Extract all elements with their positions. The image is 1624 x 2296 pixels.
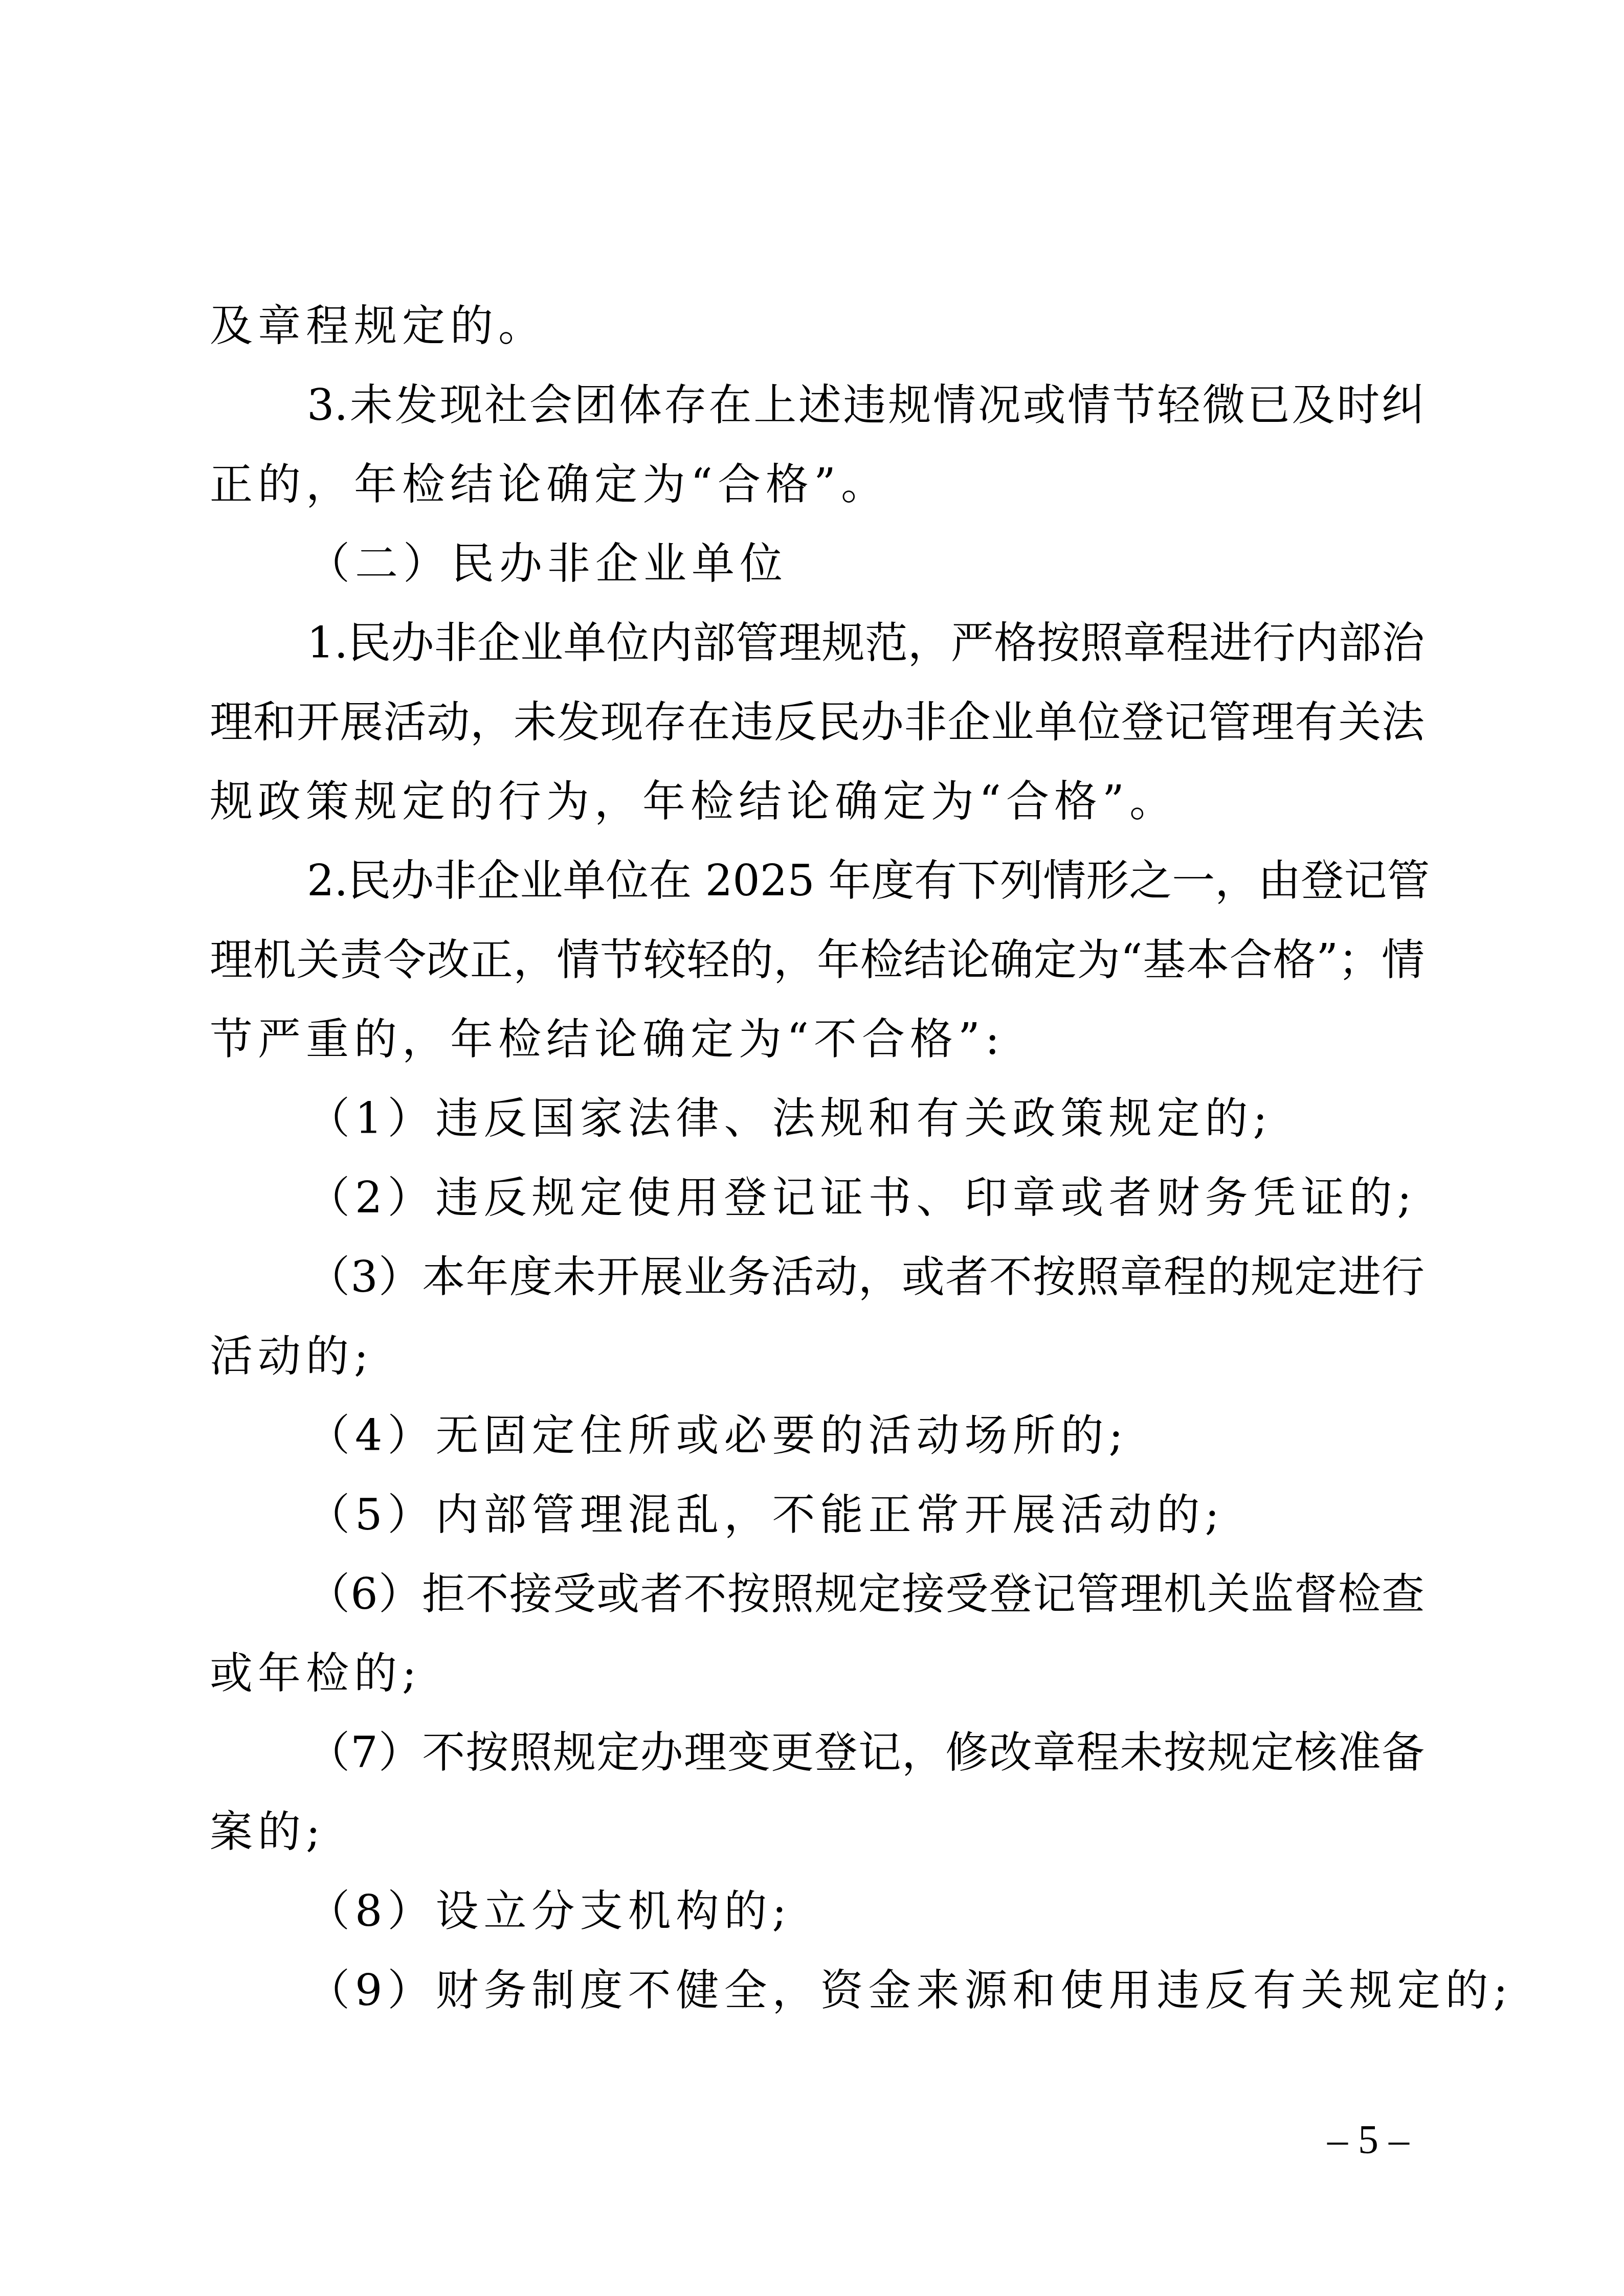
list-item: （2）违反规定使用登记证书、印章或者财务凭证的;	[210, 1158, 1425, 1237]
section-heading: （二）民办非企业单位	[210, 524, 1425, 603]
text-line: 规政策规定的行为，年检结论确定为“合格”。	[210, 762, 1425, 841]
document-body: 及章程规定的。 3.未发现社会团体存在上述违规情况或情节轻微已及时纠 正的，年检…	[210, 286, 1425, 2030]
text-line: 理和开展活动，未发现存在违反民办非企业单位登记管理有关法	[210, 683, 1425, 762]
list-item: （6）拒不接受或者不按照规定接受登记管理机关监督检查	[210, 1555, 1425, 1634]
list-item: （8）设立分支机构的;	[210, 1872, 1425, 1951]
list-item: （3）本年度未开展业务活动，或者不按照章程的规定进行	[210, 1237, 1425, 1317]
list-item-continuation: 或年检的;	[210, 1634, 1425, 1713]
text-line: 3.未发现社会团体存在上述违规情况或情节轻微已及时纠	[210, 366, 1425, 445]
text-line: 理机关责令改正，情节较轻的，年检结论确定为“基本合格”；情	[210, 920, 1425, 1000]
list-item-continuation: 案的;	[210, 1792, 1425, 1872]
text-line: 及章程规定的。	[210, 286, 1425, 366]
list-item: （9）财务制度不健全，资金来源和使用违反有关规定的;	[210, 1951, 1425, 2030]
list-item-continuation: 活动的;	[210, 1317, 1425, 1396]
page-number: – 5 –	[1309, 2112, 1427, 2168]
list-item: （5）内部管理混乱，不能正常开展活动的;	[210, 1475, 1425, 1555]
text-line: 正的，年检结论确定为“合格”。	[210, 445, 1425, 524]
document-page: 及章程规定的。 3.未发现社会团体存在上述违规情况或情节轻微已及时纠 正的，年检…	[0, 0, 1624, 2296]
list-item: （7）不按照规定办理变更登记，修改章程未按规定核准备	[210, 1713, 1425, 1792]
list-item: （1）违反国家法律、法规和有关政策规定的;	[210, 1079, 1425, 1158]
list-item: （4）无固定住所或必要的活动场所的;	[210, 1396, 1425, 1475]
text-line: 节严重的，年检结论确定为“不合格”:	[210, 1000, 1425, 1079]
text-line: 2.民办非企业单位在 2025 年度有下列情形之一，由登记管	[210, 841, 1425, 920]
text-line: 1.民办非企业单位内部管理规范，严格按照章程进行内部治	[210, 603, 1425, 683]
